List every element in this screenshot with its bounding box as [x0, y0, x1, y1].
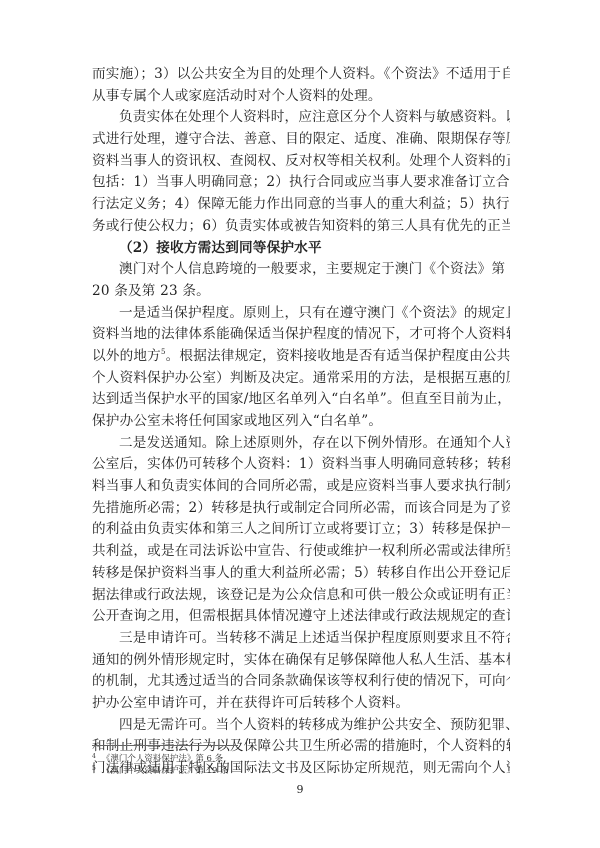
line-text: 据法律或行政法规，该登记是为公众信息和可供一般公众或证明有正当利益的人 [92, 587, 510, 603]
text-line: 资料当事人的资讯权、查阅权、反对权等相关权利。处理个人资料的正当性条件 [92, 151, 510, 173]
line-text: 达到适当保护水平的国家/地区名单列入“白名单”。但直至目前为止，个人资料 [92, 391, 510, 407]
footnote-number: 4 [92, 753, 96, 760]
line-text: （2）接收方需达到同等保护水平 [119, 240, 322, 256]
text-line: 从事专属个人或家庭活动时对个人资料的处理。 [92, 86, 510, 108]
line-text: 公开查询之用，但需根据具体情况遵守上述法律或行政法规规定的查询条件。 [92, 608, 510, 624]
line-text: 先措施所必需；2）转移是执行或制定合同所必需，而该合同是为了资料当事人 [92, 500, 510, 516]
text-line: 包括：1）当事人明确同意；2）执行合同或应当事人要求准备订立合同；3）履 [92, 172, 510, 194]
line-text: 以外的地方 [92, 348, 161, 364]
text-line: 三是申请许可。当转移不满足上述适当保护程度原则要求且不符合上述发送 [92, 628, 510, 650]
text-line: 料当事人和负责实体间的合同所必需，或是应资料当事人要求执行制定合同的预 [92, 476, 510, 498]
line-text: 从事专属个人或家庭活动时对个人资料的处理。 [92, 88, 382, 104]
footnote-divider [92, 745, 238, 746]
text-line: 保护办公室未将任何国家或地区列入“白名单”。 [92, 411, 510, 433]
line-text: 20 条及第 23 条。 [92, 283, 210, 299]
text-line: 而实施）；3）以公共安全为目的处理个人资料。《个资法》不适用于自然人在 [92, 64, 510, 86]
text-line: 资料当地的法律体系能确保适当保护程度的情况下，才可将个人资料转移到特区 [92, 324, 510, 346]
line-text: 资料当地的法律体系能确保适当保护程度的情况下，才可将个人资料转移到特区 [92, 326, 510, 342]
text-line: 先措施所必需；2）转移是执行或制定合同所必需，而该合同是为了资料当事人 [92, 498, 510, 520]
text-line: 的机制，尤其透过适当的合同条款确保该等权利行使的情况下，可向个人资料保 [92, 671, 510, 693]
text-line: 转移是保护资料当事人的重大利益所必需；5）转移自作出公开登记后进行。根 [92, 563, 510, 585]
line-text: 的机制，尤其透过适当的合同条款确保该等权利行使的情况下，可向个人资料保 [92, 673, 510, 689]
text-line: 四是无需许可。当个人资料的转移成为维护公共安全、预防犯罪、刑事侦查 [92, 715, 510, 737]
line-text: 共利益，或是在司法诉讼中宣告、行使或维护一权利所必需或法律所要求；4） [92, 543, 510, 559]
line-text: 转移是保护资料当事人的重大利益所必需；5）转移自作出公开登记后进行。根 [92, 565, 510, 581]
line-text: 的利益由负责实体和第三人之间所订立或将要订立；3）转移是保护一重要的公 [92, 521, 510, 537]
line-text: 一是适当保护程度。原则上，只有在遵守澳门《个资法》的规定且接收转移 [119, 305, 510, 321]
text-line: 个人资料保护办公室）判断及决定。通常采用的方法，是根据互惠的原则把已经 [92, 368, 510, 390]
text-line: 一是适当保护程度。原则上，只有在遵守澳门《个资法》的规定且接收转移 [92, 303, 510, 325]
text-line: 行法定义务；4）保障无能力作出同意的当事人的重大利益；5）执行公共利益任 [92, 194, 510, 216]
line-text: 护办公室申请许可，并在获得许可后转移个人资料。 [92, 695, 409, 711]
line-text: 个人资料保护办公室）判断及决定。通常采用的方法，是根据互惠的原则把已经 [92, 370, 510, 386]
text-line: 公室后，实体仍可转移个人资料：1）资料当事人明确同意转移；转移是执行资 [92, 454, 510, 476]
footnote-5: 5《澳门个人资料保护法》第 19 条 [92, 763, 229, 777]
text-line: 务或行使公权力；6）负责实体或被告知资料的第三人具有优先的正当利益4。 [92, 216, 510, 238]
document-body: 而实施）；3）以公共安全为目的处理个人资料。《个资法》不适用于自然人在从事专属个… [92, 64, 510, 780]
text-line: 达到适当保护水平的国家/地区名单列入“白名单”。但直至目前为止，个人资料 [92, 389, 510, 411]
line-text: 式进行处理，遵守合法、善意、目的限定、适度、准确、限期保存等原则，保障 [92, 131, 510, 147]
text-line: 公开查询之用，但需根据具体情况遵守上述法律或行政法规规定的查询条件。 [92, 606, 510, 628]
line-text: 而实施）；3）以公共安全为目的处理个人资料。《个资法》不适用于自然人在 [92, 66, 510, 82]
line-text-continued: 。根据法律规定，资料接收地是否有适当保护程度由公共当局（即 [166, 348, 510, 364]
text-line: 式进行处理，遵守合法、善意、目的限定、适度、准确、限期保存等原则，保障 [92, 129, 510, 151]
line-text: 保护办公室未将任何国家或地区列入“白名单”。 [92, 413, 382, 429]
line-text: 包括：1）当事人明确同意；2）执行合同或应当事人要求准备订立合同；3）履 [92, 174, 510, 190]
text-line: 20 条及第 23 条。 [92, 281, 510, 303]
line-text: 资料当事人的资讯权、查阅权、反对权等相关权利。处理个人资料的正当性条件 [92, 153, 510, 169]
footnote-text: 《澳门个人资料保护法》第 19 条 [102, 766, 229, 776]
line-text: 料当事人和负责实体间的合同所必需，或是应资料当事人要求执行制定合同的预 [92, 478, 510, 494]
text-line: 护办公室申请许可，并在获得许可后转移个人资料。 [92, 693, 510, 715]
line-text: 务或行使公权力；6）负责实体或被告知资料的第三人具有优先的正当利益 [92, 218, 510, 234]
text-line: 通知的例外情形规定时，实体在确保有足够保障他人私人生活、基本权利和自由 [92, 650, 510, 672]
footnote-number: 5 [92, 765, 96, 772]
text-line: 二是发送通知。除上述原则外，存在以下例外情形。在通知个人资料保护办 [92, 433, 510, 455]
page-number: 9 [0, 783, 600, 796]
line-text: 澳门对个人信息跨境的一般要求，主要规定于澳门《个资法》第 19 条、第 [119, 261, 510, 277]
text-line: 负责实体在处理个人资料时，应注意区分个人资料与敏感资料。以透明的方 [92, 107, 510, 129]
text-line: 共利益，或是在司法诉讼中宣告、行使或维护一权利所必需或法律所要求；4） [92, 541, 510, 563]
line-text: 通知的例外情形规定时，实体在确保有足够保障他人私人生活、基本权利和自由 [92, 652, 510, 668]
text-line: 据法律或行政法规，该登记是为公众信息和可供一般公众或证明有正当利益的人 [92, 585, 510, 607]
line-text: 三是申请许可。当转移不满足上述适当保护程度原则要求且不符合上述发送 [119, 630, 510, 646]
line-text: 行法定义务；4）保障无能力作出同意的当事人的重大利益；5）执行公共利益任 [92, 196, 510, 212]
line-text: 四是无需许可。当个人资料的转移成为维护公共安全、预防犯罪、刑事侦查 [119, 717, 510, 733]
text-line: 以外的地方5。根据法律规定，资料接收地是否有适当保护程度由公共当局（即 [92, 346, 510, 368]
text-line: 澳门对个人信息跨境的一般要求，主要规定于澳门《个资法》第 19 条、第 [92, 259, 510, 281]
line-text: 公室后，实体仍可转移个人资料：1）资料当事人明确同意转移；转移是执行资 [92, 456, 510, 472]
section-heading: （2）接收方需达到同等保护水平 [92, 238, 510, 260]
line-text: 二是发送通知。除上述原则外，存在以下例外情形。在通知个人资料保护办 [119, 435, 510, 451]
line-text: 负责实体在处理个人资料时，应注意区分个人资料与敏感资料。以透明的方 [119, 109, 510, 125]
text-line: 的利益由负责实体和第三人之间所订立或将要订立；3）转移是保护一重要的公 [92, 519, 510, 541]
